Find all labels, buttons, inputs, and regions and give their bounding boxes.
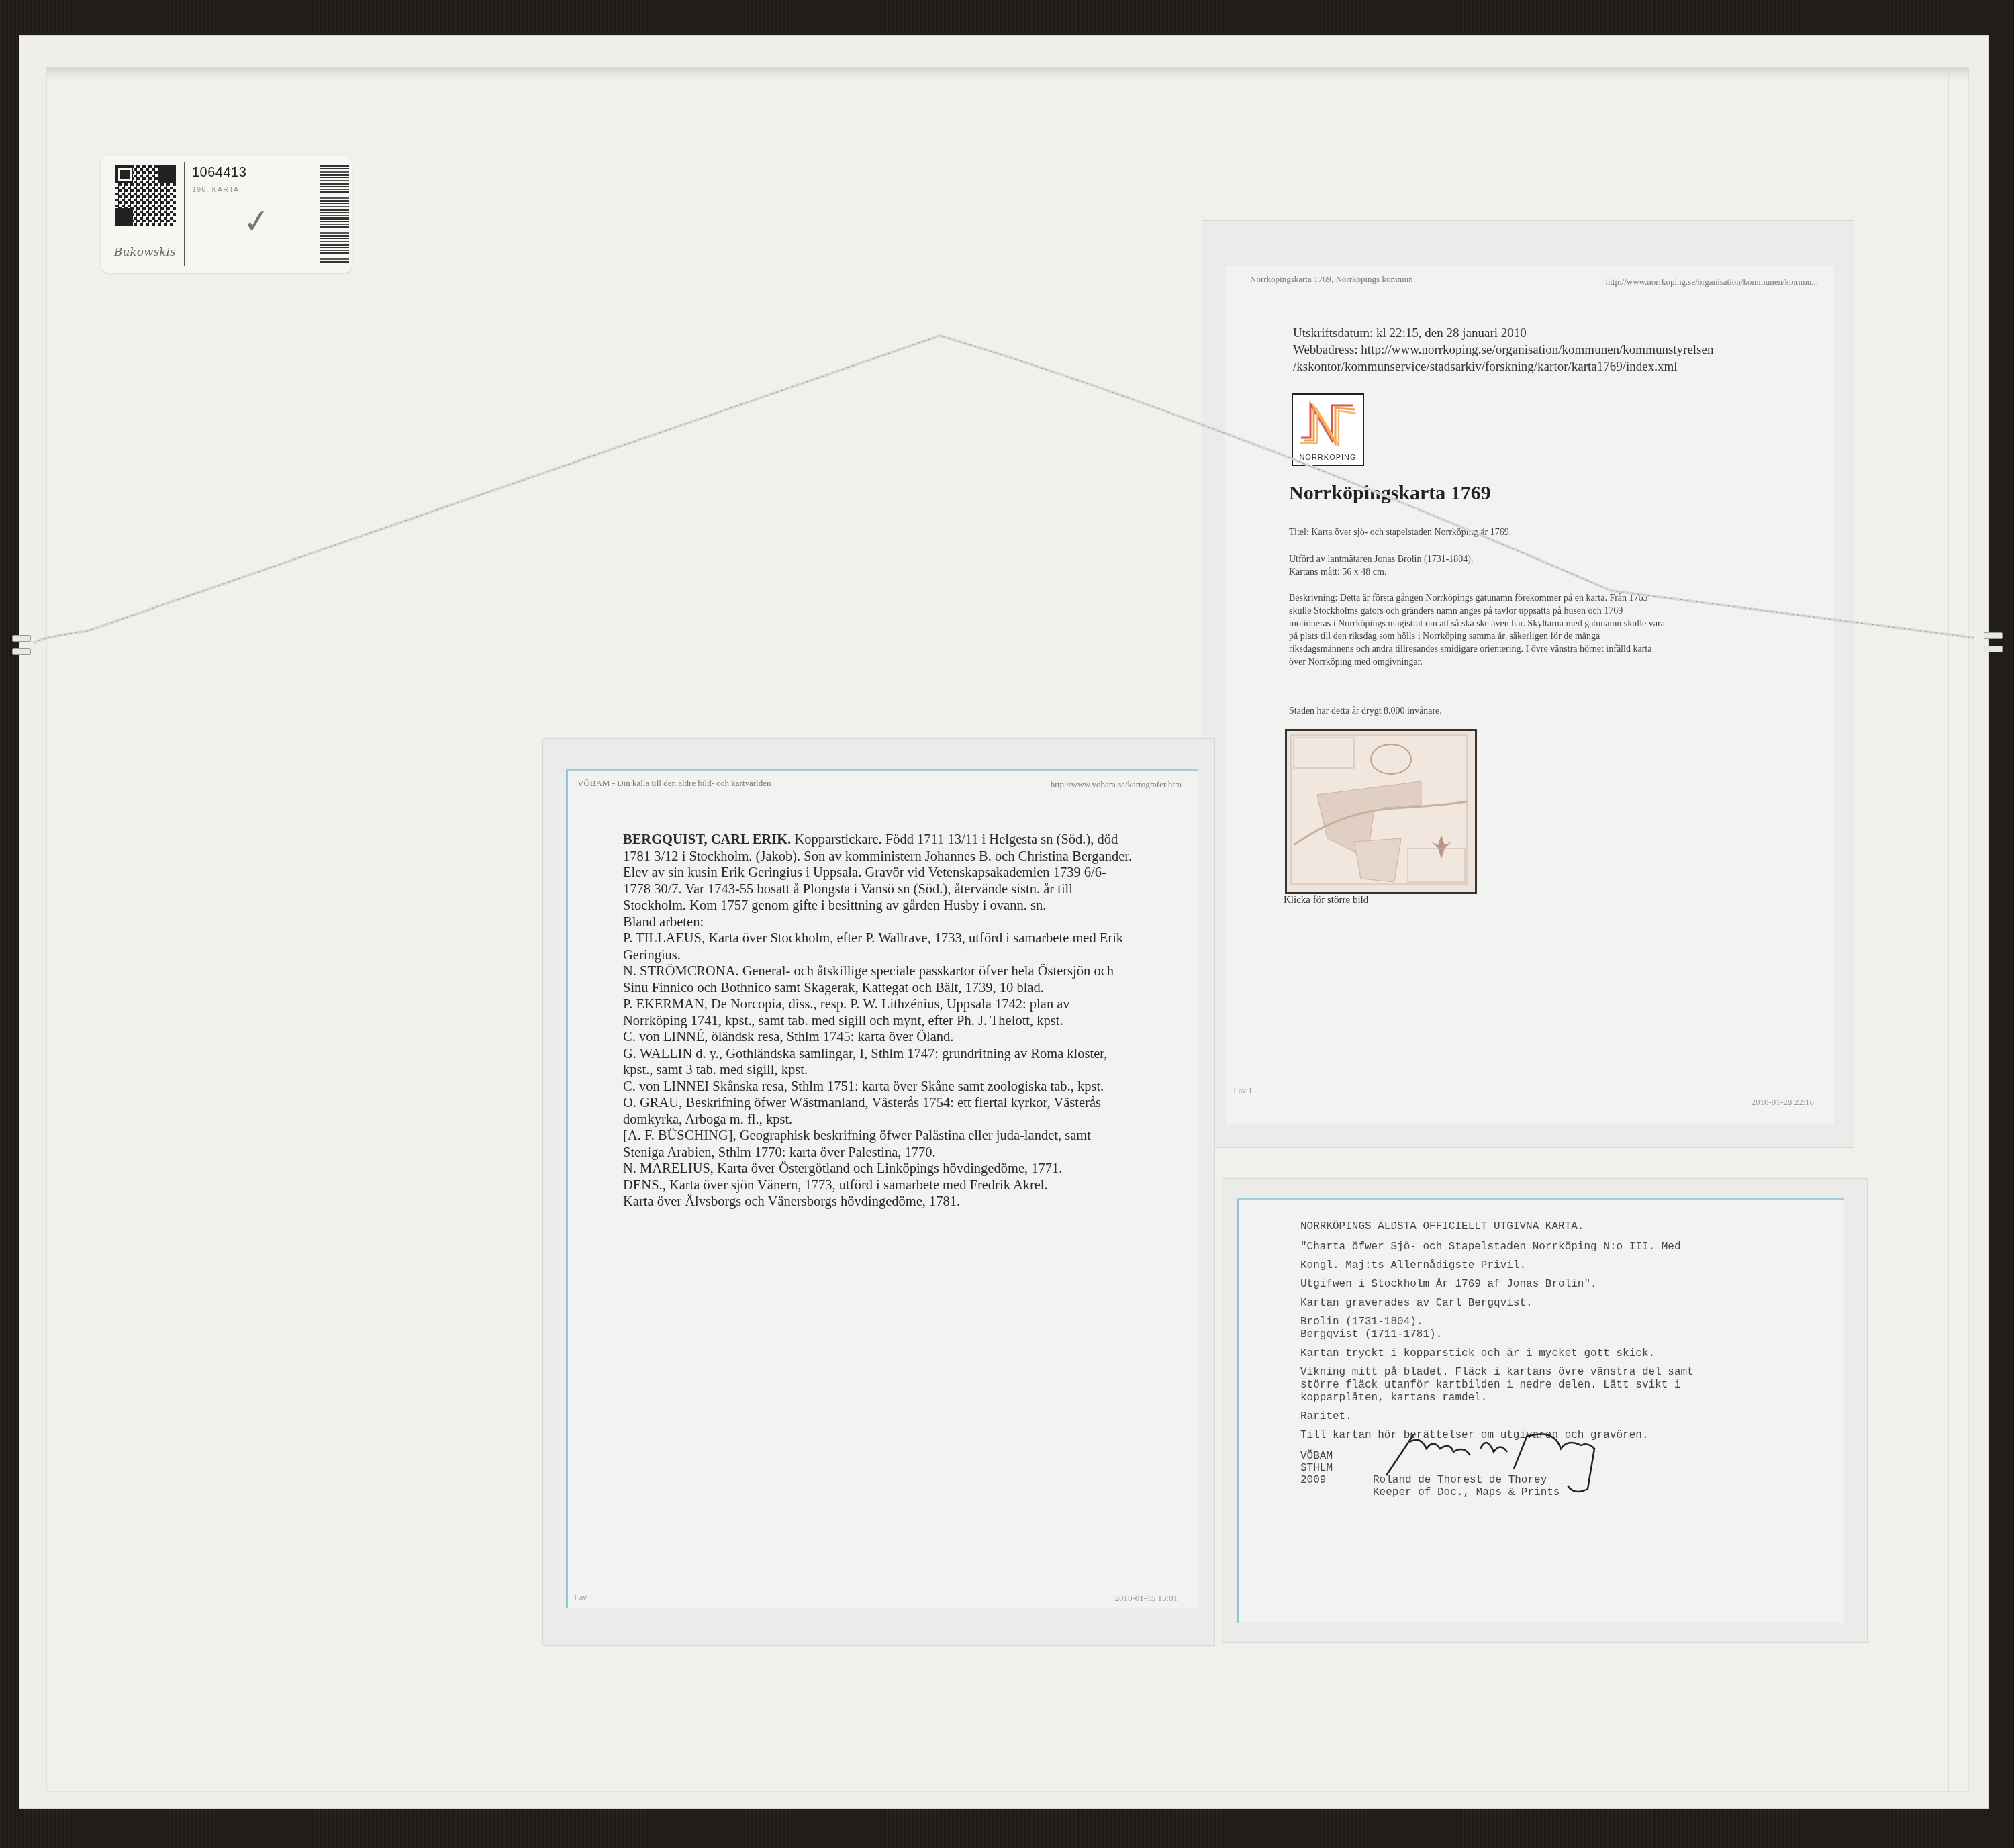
wire-hook-left-icon (12, 648, 31, 655)
wire-hook-right-icon (1984, 646, 2003, 652)
wire-hook-right-icon (1984, 632, 2003, 639)
hanging-wire (0, 0, 2014, 1848)
picture-frame: 1064413 196. KARTA ✓ Bukowskis Norrköpin… (0, 0, 2014, 1848)
wire-hook-left-icon (12, 635, 31, 642)
